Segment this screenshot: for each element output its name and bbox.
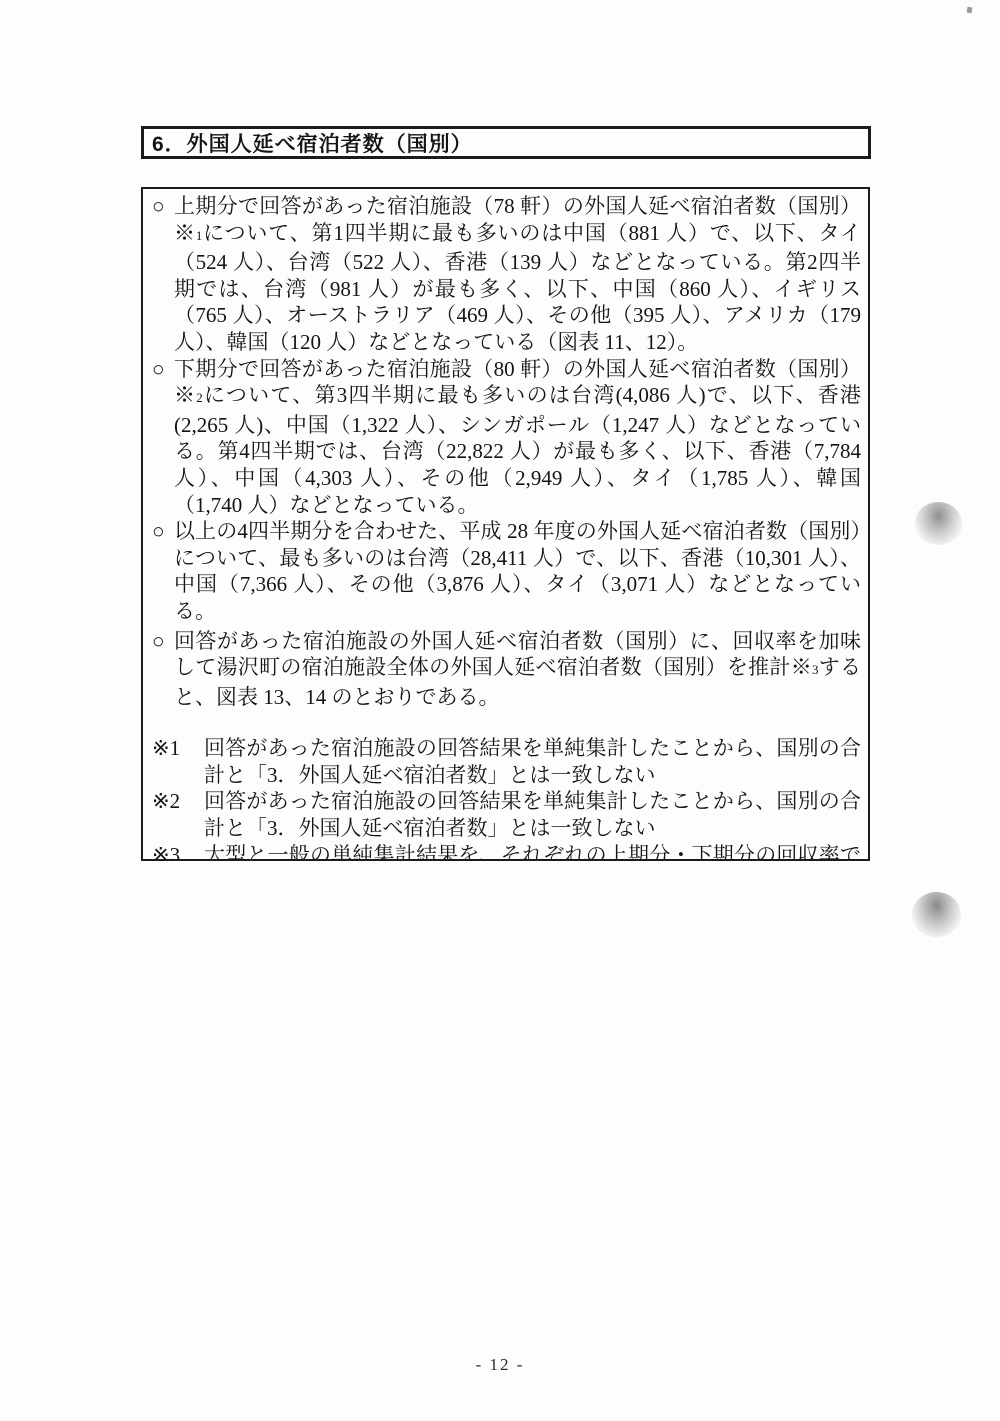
text-run: 以上の4四半期分を合わせた、平成 28 年度の外国人延べ宿泊者数（国別）について… [174, 519, 861, 623]
paragraph-annual-total: ○ 以上の4四半期分を合わせた、平成 28 年度の外国人延べ宿泊者数（国別）につ… [152, 518, 861, 627]
scan-artifact-speck [967, 7, 973, 14]
footnotes-section: ※1 回答があった宿泊施設の回答結果を単純集計したことから、国別の合計と「3．外… [152, 735, 861, 861]
paragraph-text: 回答があった宿泊施設の外国人延べ宿泊者数（国別）に、回収率を加味して湯沢町の宿泊… [174, 628, 861, 711]
text-run: 回答があった宿泊施設の外国人延べ宿泊者数（国別）に、回収率を加味して湯沢町の宿泊… [174, 629, 861, 680]
section-title: 6．外国人延べ宿泊者数（国別） [152, 128, 473, 158]
paragraph-upper-half: ○ 上期分で回答があった宿泊施設（78 軒）の外国人延べ宿泊者数（国別）※1につ… [152, 193, 861, 356]
paragraph-estimate: ○ 回答があった宿泊施設の外国人延べ宿泊者数（国別）に、回収率を加味して湯沢町の… [152, 628, 861, 711]
circle-bullet: ○ [152, 193, 174, 356]
text-run: について、第1四半期に最も多いのは中国（881 人）で、以下、タイ（524 人）… [174, 221, 861, 354]
footnote-label: ※1 [152, 735, 204, 788]
paragraph-lower-half: ○ 下期分で回答があった宿泊施設（80 軒）の外国人延べ宿泊者数（国別）※2につ… [152, 356, 861, 519]
scanned-document-page: 6．外国人延べ宿泊者数（国別） ○ 上期分で回答があった宿泊施設（78 軒）の外… [0, 0, 1000, 1421]
footnote-2: ※2 回答があった宿泊施設の回答結果を単純集計したことから、国別の合計と「3．外… [152, 788, 861, 841]
paragraph-text: 以上の4四半期分を合わせた、平成 28 年度の外国人延べ宿泊者数（国別）について… [174, 518, 861, 627]
circle-bullet: ○ [152, 356, 174, 519]
page-number: - 12 - [0, 1355, 1000, 1375]
scan-artifact-punch-hole-shadow [912, 892, 961, 937]
circle-bullet: ○ [152, 518, 174, 627]
paragraph-text: 上期分で回答があった宿泊施設（78 軒）の外国人延べ宿泊者数（国別）※1について… [174, 193, 861, 356]
content-box: ○ 上期分で回答があった宿泊施設（78 軒）の外国人延べ宿泊者数（国別）※1につ… [141, 187, 870, 861]
footnote-label: ※2 [152, 788, 204, 841]
section-title-box: 6．外国人延べ宿泊者数（国別） [141, 126, 871, 159]
footnote-3: ※3 大型と一般の単純集計結果を、それぞれの上期分・下期分の回収率で除して推計 [152, 842, 861, 861]
circle-bullet: ○ [152, 628, 174, 711]
footnote-1: ※1 回答があった宿泊施設の回答結果を単純集計したことから、国別の合計と「3．外… [152, 735, 861, 788]
paragraph-text: 下期分で回答があった宿泊施設（80 軒）の外国人延べ宿泊者数（国別）※2について… [174, 356, 861, 519]
footnote-text: 大型と一般の単純集計結果を、それぞれの上期分・下期分の回収率で除して推計 [204, 842, 861, 861]
footnote-text: 回答があった宿泊施設の回答結果を単純集計したことから、国別の合計と「3．外国人延… [204, 735, 861, 788]
footnote-label: ※3 [152, 842, 204, 861]
scan-artifact-punch-hole-shadow [915, 502, 962, 545]
text-run: について、第3四半期に最も多いのは台湾(4,086 人)で、以下、香港(2,26… [174, 383, 861, 516]
footnote-text: 回答があった宿泊施設の回答結果を単純集計したことから、国別の合計と「3．外国人延… [204, 788, 861, 841]
